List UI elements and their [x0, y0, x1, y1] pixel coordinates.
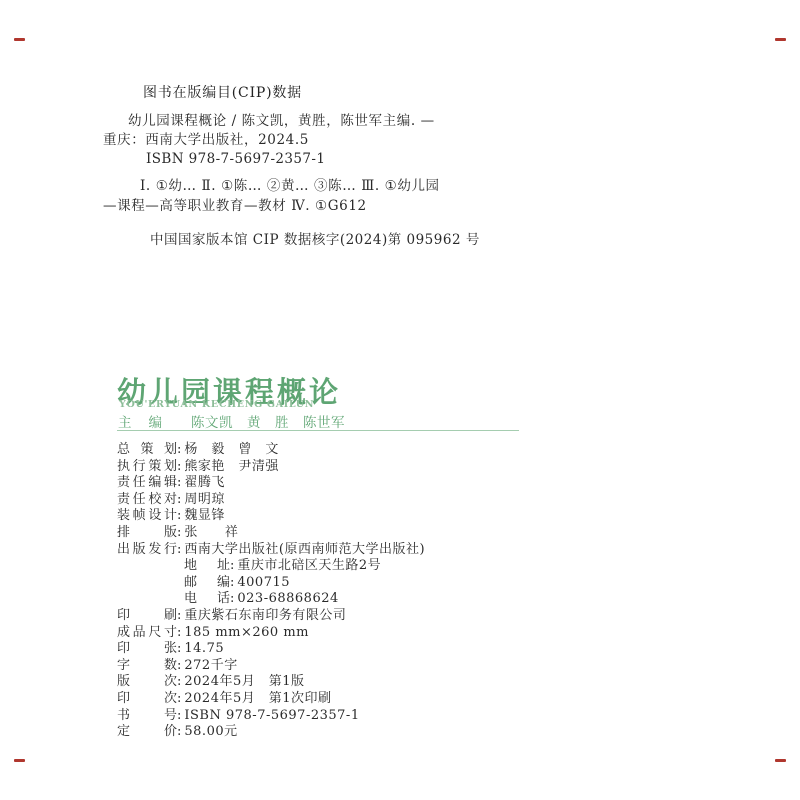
- colophon-label: 定价: [117, 724, 177, 741]
- colon-separator: :: [177, 708, 181, 723]
- colon-separator: :: [177, 608, 181, 623]
- colon-separator: :: [177, 525, 181, 540]
- colophon-label: 印次: [117, 691, 177, 708]
- colophon-label: 成品尺寸: [117, 625, 177, 642]
- colophon-label: 责任校对: [117, 492, 177, 509]
- corner-mark-top-right: [775, 38, 786, 41]
- colophon-row-publisher: 出版发行:西南大学出版社(原西南师范大学出版社): [117, 542, 425, 559]
- colon-separator: :: [177, 674, 181, 689]
- colophon-label: 总策划: [117, 442, 177, 459]
- colon-separator: :: [177, 459, 181, 474]
- cip-header: 图书在版编目(CIP)数据: [143, 82, 302, 102]
- colophon-row-editor: 责任编辑:翟腾飞: [117, 475, 425, 492]
- colophon-row-typesetter: 排版:张 祥: [117, 525, 425, 542]
- colon-separator: :: [230, 591, 234, 606]
- colophon-label: 电话: [184, 591, 230, 608]
- copyright-page: 图书在版编目(CIP)数据 幼儿园课程概论 / 陈文凯，黄胜，陈世军主编. — …: [0, 0, 800, 800]
- colophon-row-sheets: 印张:14.75: [117, 641, 425, 658]
- colophon-label: 版次: [117, 674, 177, 691]
- byline: 主编陈文凯 黄 胜 陈世军: [118, 411, 345, 431]
- colophon-value: 张 祥: [184, 525, 238, 540]
- colophon-row-phone: 电话:023-68868624: [117, 591, 425, 608]
- corner-mark-bottom-left: [14, 759, 25, 762]
- colophon-row-word-count: 字数:272千字: [117, 658, 425, 675]
- colophon-value: 西南大学出版社(原西南师范大学出版社): [184, 542, 425, 557]
- colophon-row-postcode: 邮编:400715: [117, 575, 425, 592]
- colophon-value: 重庆市北碚区天生路2号: [237, 558, 381, 573]
- cip-isbn-line: ISBN 978-7-5697-2357-1: [146, 150, 435, 169]
- colon-separator: :: [177, 492, 181, 507]
- colophon-row-chief-planner: 总策划:杨 毅 曾 文: [117, 442, 425, 459]
- cip-tracing-line1: Ⅰ. ①幼… Ⅱ. ①陈… ②黄… ③陈… Ⅲ. ①幼儿园: [140, 177, 440, 197]
- colophon-row-price: 定价:58.00元: [117, 724, 425, 741]
- colophon-value: ISBN 978-7-5697-2357-1: [184, 708, 359, 723]
- colophon-value: 2024年5月 第1版: [184, 674, 304, 689]
- colophon-label: 排版: [117, 525, 177, 542]
- colon-separator: :: [177, 442, 181, 457]
- corner-mark-bottom-right: [775, 759, 786, 762]
- colophon-value: 熊家艳 尹清强: [184, 459, 279, 474]
- colophon-row-address: 地址:重庆市北碚区天生路2号: [117, 558, 425, 575]
- colon-separator: :: [177, 691, 181, 706]
- colophon-label: 字数: [117, 658, 177, 675]
- colophon-label: 执行策划: [117, 459, 177, 476]
- colophon-label: 地址: [184, 558, 230, 575]
- colophon-value: 周明琼: [184, 492, 225, 507]
- colophon-value: 023-68868624: [237, 591, 338, 606]
- colophon-value: 272千字: [184, 658, 237, 673]
- colophon-value: 185 mm×260 mm: [184, 625, 309, 640]
- book-title-pinyin: YOU'ERYUAN KECHENG GAILUN: [119, 399, 314, 410]
- colon-separator: :: [230, 558, 234, 573]
- colophon: 总策划:杨 毅 曾 文 执行策划:熊家艳 尹清强 责任编辑:翟腾飞 责任校对:周…: [117, 442, 425, 741]
- cip-record-number: 中国国家版本馆 CIP 数据核字(2024)第 095962 号: [150, 228, 480, 248]
- byline-editors: 陈文凯 黄 胜 陈世军: [191, 415, 345, 431]
- colophon-row-edition: 版次:2024年5月 第1版: [117, 674, 425, 691]
- colon-separator: :: [177, 542, 181, 557]
- cip-tracing-line2: —课程—高等职业教育—教材 Ⅳ. ①G612: [103, 197, 440, 217]
- colon-separator: :: [177, 641, 181, 656]
- colon-separator: :: [177, 625, 181, 640]
- colon-separator: :: [177, 475, 181, 490]
- colophon-row-isbn: 书号:ISBN 978-7-5697-2357-1: [117, 708, 425, 725]
- colophon-row-executive-planner: 执行策划:熊家艳 尹清强: [117, 459, 425, 476]
- byline-role: 主编: [118, 411, 162, 431]
- cip-description-line1: 幼儿园课程概论 / 陈文凯，黄胜，陈世军主编. —: [128, 112, 435, 131]
- colophon-value: 杨 毅 曾 文: [184, 442, 279, 457]
- colophon-label: 装帧设计: [117, 508, 177, 525]
- colophon-value: 58.00元: [184, 724, 237, 739]
- colophon-value: 2024年5月 第1次印刷: [184, 691, 331, 706]
- colophon-label: 印张: [117, 641, 177, 658]
- colon-separator: :: [230, 575, 234, 590]
- colon-separator: :: [177, 658, 181, 673]
- colophon-label: 书号: [117, 708, 177, 725]
- colon-separator: :: [177, 724, 181, 739]
- cip-description: 幼儿园课程概论 / 陈文凯，黄胜，陈世军主编. — 重庆：西南大学出版社，202…: [103, 112, 435, 170]
- colophon-label: 责任编辑: [117, 475, 177, 492]
- colophon-label: 邮编: [184, 575, 230, 592]
- cip-description-line2: 重庆：西南大学出版社，2024.5: [103, 131, 435, 150]
- colophon-row-proofreader: 责任校对:周明琼: [117, 492, 425, 509]
- colophon-value: 翟腾飞: [184, 475, 225, 490]
- colophon-row-printer: 印刷:重庆紫石东南印务有限公司: [117, 608, 425, 625]
- colophon-row-impression: 印次:2024年5月 第1次印刷: [117, 691, 425, 708]
- title-divider-rule: [117, 430, 519, 431]
- colophon-value: 魏显锋: [184, 508, 225, 523]
- colophon-label: 出版发行: [117, 542, 177, 559]
- colon-separator: :: [177, 508, 181, 523]
- corner-mark-top-left: [14, 38, 25, 41]
- colophon-value: 400715: [237, 575, 290, 590]
- colophon-row-trim-size: 成品尺寸:185 mm×260 mm: [117, 625, 425, 642]
- colophon-value: 14.75: [184, 641, 224, 656]
- colophon-label: 印刷: [117, 608, 177, 625]
- colophon-row-designer: 装帧设计:魏显锋: [117, 508, 425, 525]
- colophon-value: 重庆紫石东南印务有限公司: [184, 608, 346, 623]
- cip-tracing: Ⅰ. ①幼… Ⅱ. ①陈… ②黄… ③陈… Ⅲ. ①幼儿园 —课程—高等职业教育…: [103, 177, 440, 216]
